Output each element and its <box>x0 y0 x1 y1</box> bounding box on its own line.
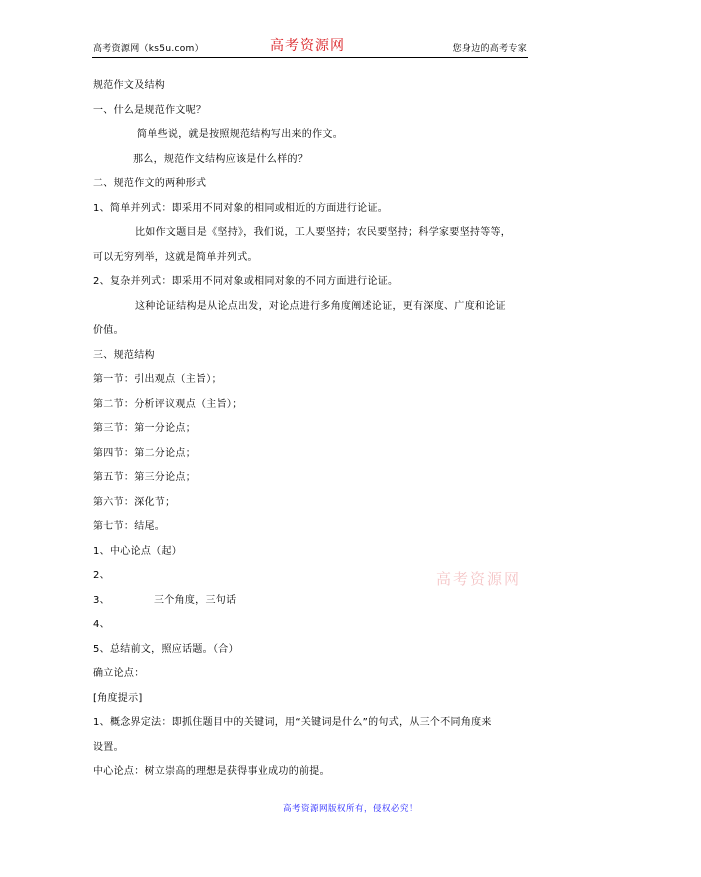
step-number: 1、 <box>93 546 110 557</box>
structure-section-1: 第一节：引出观点（主旨）； <box>93 372 533 397</box>
structure-section-3: 第三节：第一分论点； <box>93 421 533 446</box>
section-1-heading: 一、什么是规范作文呢？ <box>93 103 533 128</box>
structure-section-4: 第四节：第二分论点； <box>93 446 533 471</box>
step-number: 5、 <box>93 644 110 655</box>
step-text: 总结前文，照应话题。（合） <box>110 644 239 655</box>
section-1-paragraph-1: 简单些说，就是按照规范结构写出来的作文。 <box>93 127 533 152</box>
structure-section-2: 第二节：分析评议观点（主旨）； <box>93 397 533 422</box>
step-text: 中心论点（起） <box>110 546 182 557</box>
structure-section-6: 第六节：深化节； <box>93 495 533 520</box>
step-3: 3、三个角度，三句话 <box>93 593 533 618</box>
copyright-footer: 高考资源网版权所有，侵权必究！ <box>0 802 701 814</box>
central-thesis: 中心论点：树立崇高的理想是获得事业成功的前提。 <box>93 764 533 789</box>
method-1: 1、概念界定法：即抓住题目中的关键词，用“关键词是什么”的句式，从三个不同角度来 <box>93 715 533 740</box>
step-text: 三个角度，三句话 <box>154 595 236 606</box>
document-title: 规范作文及结构 <box>93 78 533 103</box>
page-header: 高考资源网（ks5u.com） 高考资源网 您身边的高考专家 <box>92 36 528 58</box>
section-2-heading: 二、规范作文的两种形式 <box>93 176 533 201</box>
document-page: 高考资源网（ks5u.com） 高考资源网 您身边的高考专家 规范作文及结构 一… <box>0 0 701 877</box>
header-logo: 高考资源网 <box>270 35 345 55</box>
document-body: 规范作文及结构 一、什么是规范作文呢？ 简单些说，就是按照规范结构写出来的作文。… <box>93 78 533 789</box>
establish-thesis-label: 确立论点： <box>93 666 533 691</box>
header-site-name: 高考资源网（ks5u.com） <box>93 41 204 54</box>
section-2-item-1: 1、简单并列式：即采用不同对象的相同或相近的方面进行论证。 <box>93 201 533 226</box>
step-number: 4、 <box>93 619 110 630</box>
step-4: 4、 <box>93 617 533 642</box>
header-slogan: 您身边的高考专家 <box>453 41 527 54</box>
section-2-item-1-example: 比如作文题目是《坚持》，我们说，工人要坚持；农民要坚持；科学家要坚持等等， <box>93 225 533 250</box>
watermark-logo: 高考资源网 <box>436 568 521 589</box>
section-3-heading: 三、规范结构 <box>93 348 533 373</box>
step-number: 2、 <box>93 570 110 581</box>
angle-hint-label: [角度提示] <box>93 691 533 716</box>
step-5: 5、总结前文，照应话题。（合） <box>93 642 533 667</box>
step-number: 3、 <box>93 595 110 606</box>
section-2-item-2: 2、复杂并列式：即采用不同对象或相同对象的不同方面进行论证。 <box>93 274 533 299</box>
step-1: 1、中心论点（起） <box>93 544 533 569</box>
structure-section-7: 第七节：结尾。 <box>93 519 533 544</box>
section-2-item-1-example-cont: 可以无穷列举，这就是简单并列式。 <box>93 250 533 275</box>
method-1-cont: 设置。 <box>93 740 533 765</box>
section-1-paragraph-2: 那么，规范作文结构应该是什么样的？ <box>93 152 533 177</box>
section-2-item-2-desc: 这种论证结构是从论点出发，对论点进行多角度阐述论证，更有深度、广度和论证 <box>93 299 533 324</box>
structure-section-5: 第五节：第三分论点； <box>93 470 533 495</box>
section-2-item-2-desc-cont: 价值。 <box>93 323 533 348</box>
